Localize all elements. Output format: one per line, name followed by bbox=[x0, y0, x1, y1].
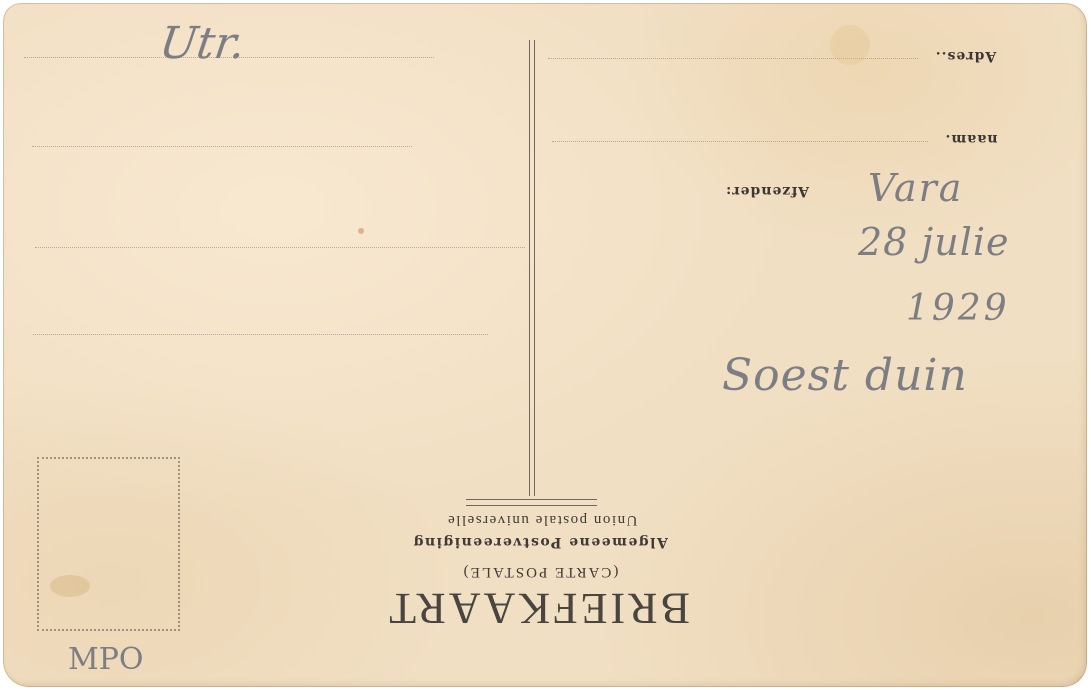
sender-label: Afzender: bbox=[712, 183, 822, 199]
handwritten-utr: Utr. bbox=[156, 18, 248, 69]
handwritten-year: 1929 bbox=[906, 288, 1010, 329]
name-label: naam. bbox=[936, 131, 1006, 147]
address-label: Adres.. bbox=[928, 48, 1003, 64]
handwritten-place: Soest duin bbox=[722, 350, 968, 401]
address-line-2 bbox=[552, 141, 928, 142]
union-postale-text: Union postale universelle bbox=[418, 511, 666, 528]
paper-stain bbox=[50, 575, 90, 597]
handwritten-mpo: MPO bbox=[68, 642, 144, 677]
center-divider bbox=[529, 40, 535, 496]
briefkaart-title: BRIEFKAART bbox=[370, 583, 706, 634]
writing-line-4 bbox=[33, 334, 488, 335]
paper-stain bbox=[358, 228, 364, 234]
carte-postale-text: (CARTE POSTALE) bbox=[440, 563, 640, 580]
writing-line-2 bbox=[32, 146, 412, 147]
divider-base-line-1 bbox=[466, 499, 597, 500]
handwritten-vara: Vara bbox=[868, 166, 963, 210]
writing-line-3 bbox=[35, 247, 525, 248]
postvereeniging-text: Algemeene Postvereeniging bbox=[390, 534, 690, 550]
handwritten-date: 28 julie bbox=[858, 220, 1009, 264]
divider-base-line-2 bbox=[466, 505, 597, 506]
paper-stain bbox=[830, 25, 870, 65]
stamp-area bbox=[37, 457, 180, 631]
